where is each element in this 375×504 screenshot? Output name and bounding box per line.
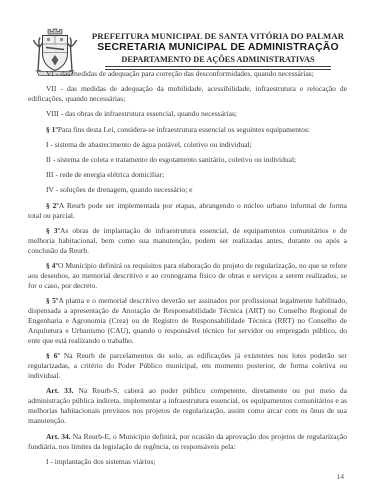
letterhead-line2: SECRETARIA MUNICIPAL DE ADMINISTRAÇÃO xyxy=(85,42,351,53)
document-page: PREFEITURA MUNICIPAL DE SANTA VITÓRIA DO… xyxy=(0,0,375,504)
paragraph: VII - das medidas de adequação da mobili… xyxy=(28,84,347,104)
paragraph: II - sistema de coleta e tratamento do e… xyxy=(28,155,347,165)
paragraph-lead: § 4º xyxy=(46,261,58,270)
paragraph: Art. 34. Na Reurb-E, o Município definir… xyxy=(28,432,347,452)
paragraph-lead: § 3º xyxy=(46,226,60,235)
paragraph: § 3ºAs obras de implantação de infraestr… xyxy=(28,226,347,256)
paragraph: § 4ºO Município definirá os requisitos p… xyxy=(28,261,347,291)
paragraph: Art. 33. Na Reurb-S, caberá ao poder púb… xyxy=(28,386,347,426)
paragraph: III - rede de energia elétrica domicilia… xyxy=(28,170,347,180)
paragraph: § 5ºA planta e o memorial descritivo dev… xyxy=(28,296,347,346)
paragraph-lead: § 5º xyxy=(46,296,58,305)
paragraph-lead: Art. 33. xyxy=(46,386,74,395)
paragraph: I - implantação dos sistemas viários; xyxy=(28,457,347,467)
paragraph-lead: Art. 34. xyxy=(46,432,71,441)
paragraph-lead: § 6º xyxy=(46,351,60,360)
paragraph: VIII - das obras de infraestrutura essen… xyxy=(28,109,347,119)
paragraph-lead: § 1º xyxy=(46,125,58,134)
paragraph: VI - das medidas de adequação para corre… xyxy=(28,69,347,79)
paragraph-lead: § 2º xyxy=(46,201,59,210)
document-body: VI - das medidas de adequação para corre… xyxy=(28,69,347,472)
paragraph: § 2ºA Reurb pode ser implementada por et… xyxy=(28,201,347,221)
letterhead-line3: DEPARTAMENTO DE AÇÕES ADMINISTRATIVAS xyxy=(85,55,351,64)
paragraph: § 1ºPara fins desta Lei, considera-se in… xyxy=(28,125,347,135)
letterhead-text: PREFEITURA MUNICIPAL DE SANTA VITÓRIA DO… xyxy=(85,27,351,70)
paragraph: I - sistema de abastecimento de água pot… xyxy=(28,140,347,150)
paragraph: § 6º Na Reurb de parcelamentos do solo, … xyxy=(28,351,347,381)
letterhead-line1: PREFEITURA MUNICIPAL DE SANTA VITÓRIA DO… xyxy=(85,31,351,41)
page-number: 14 xyxy=(336,472,344,481)
paragraph: IV - soluções de drenagem, quando necess… xyxy=(28,185,347,195)
